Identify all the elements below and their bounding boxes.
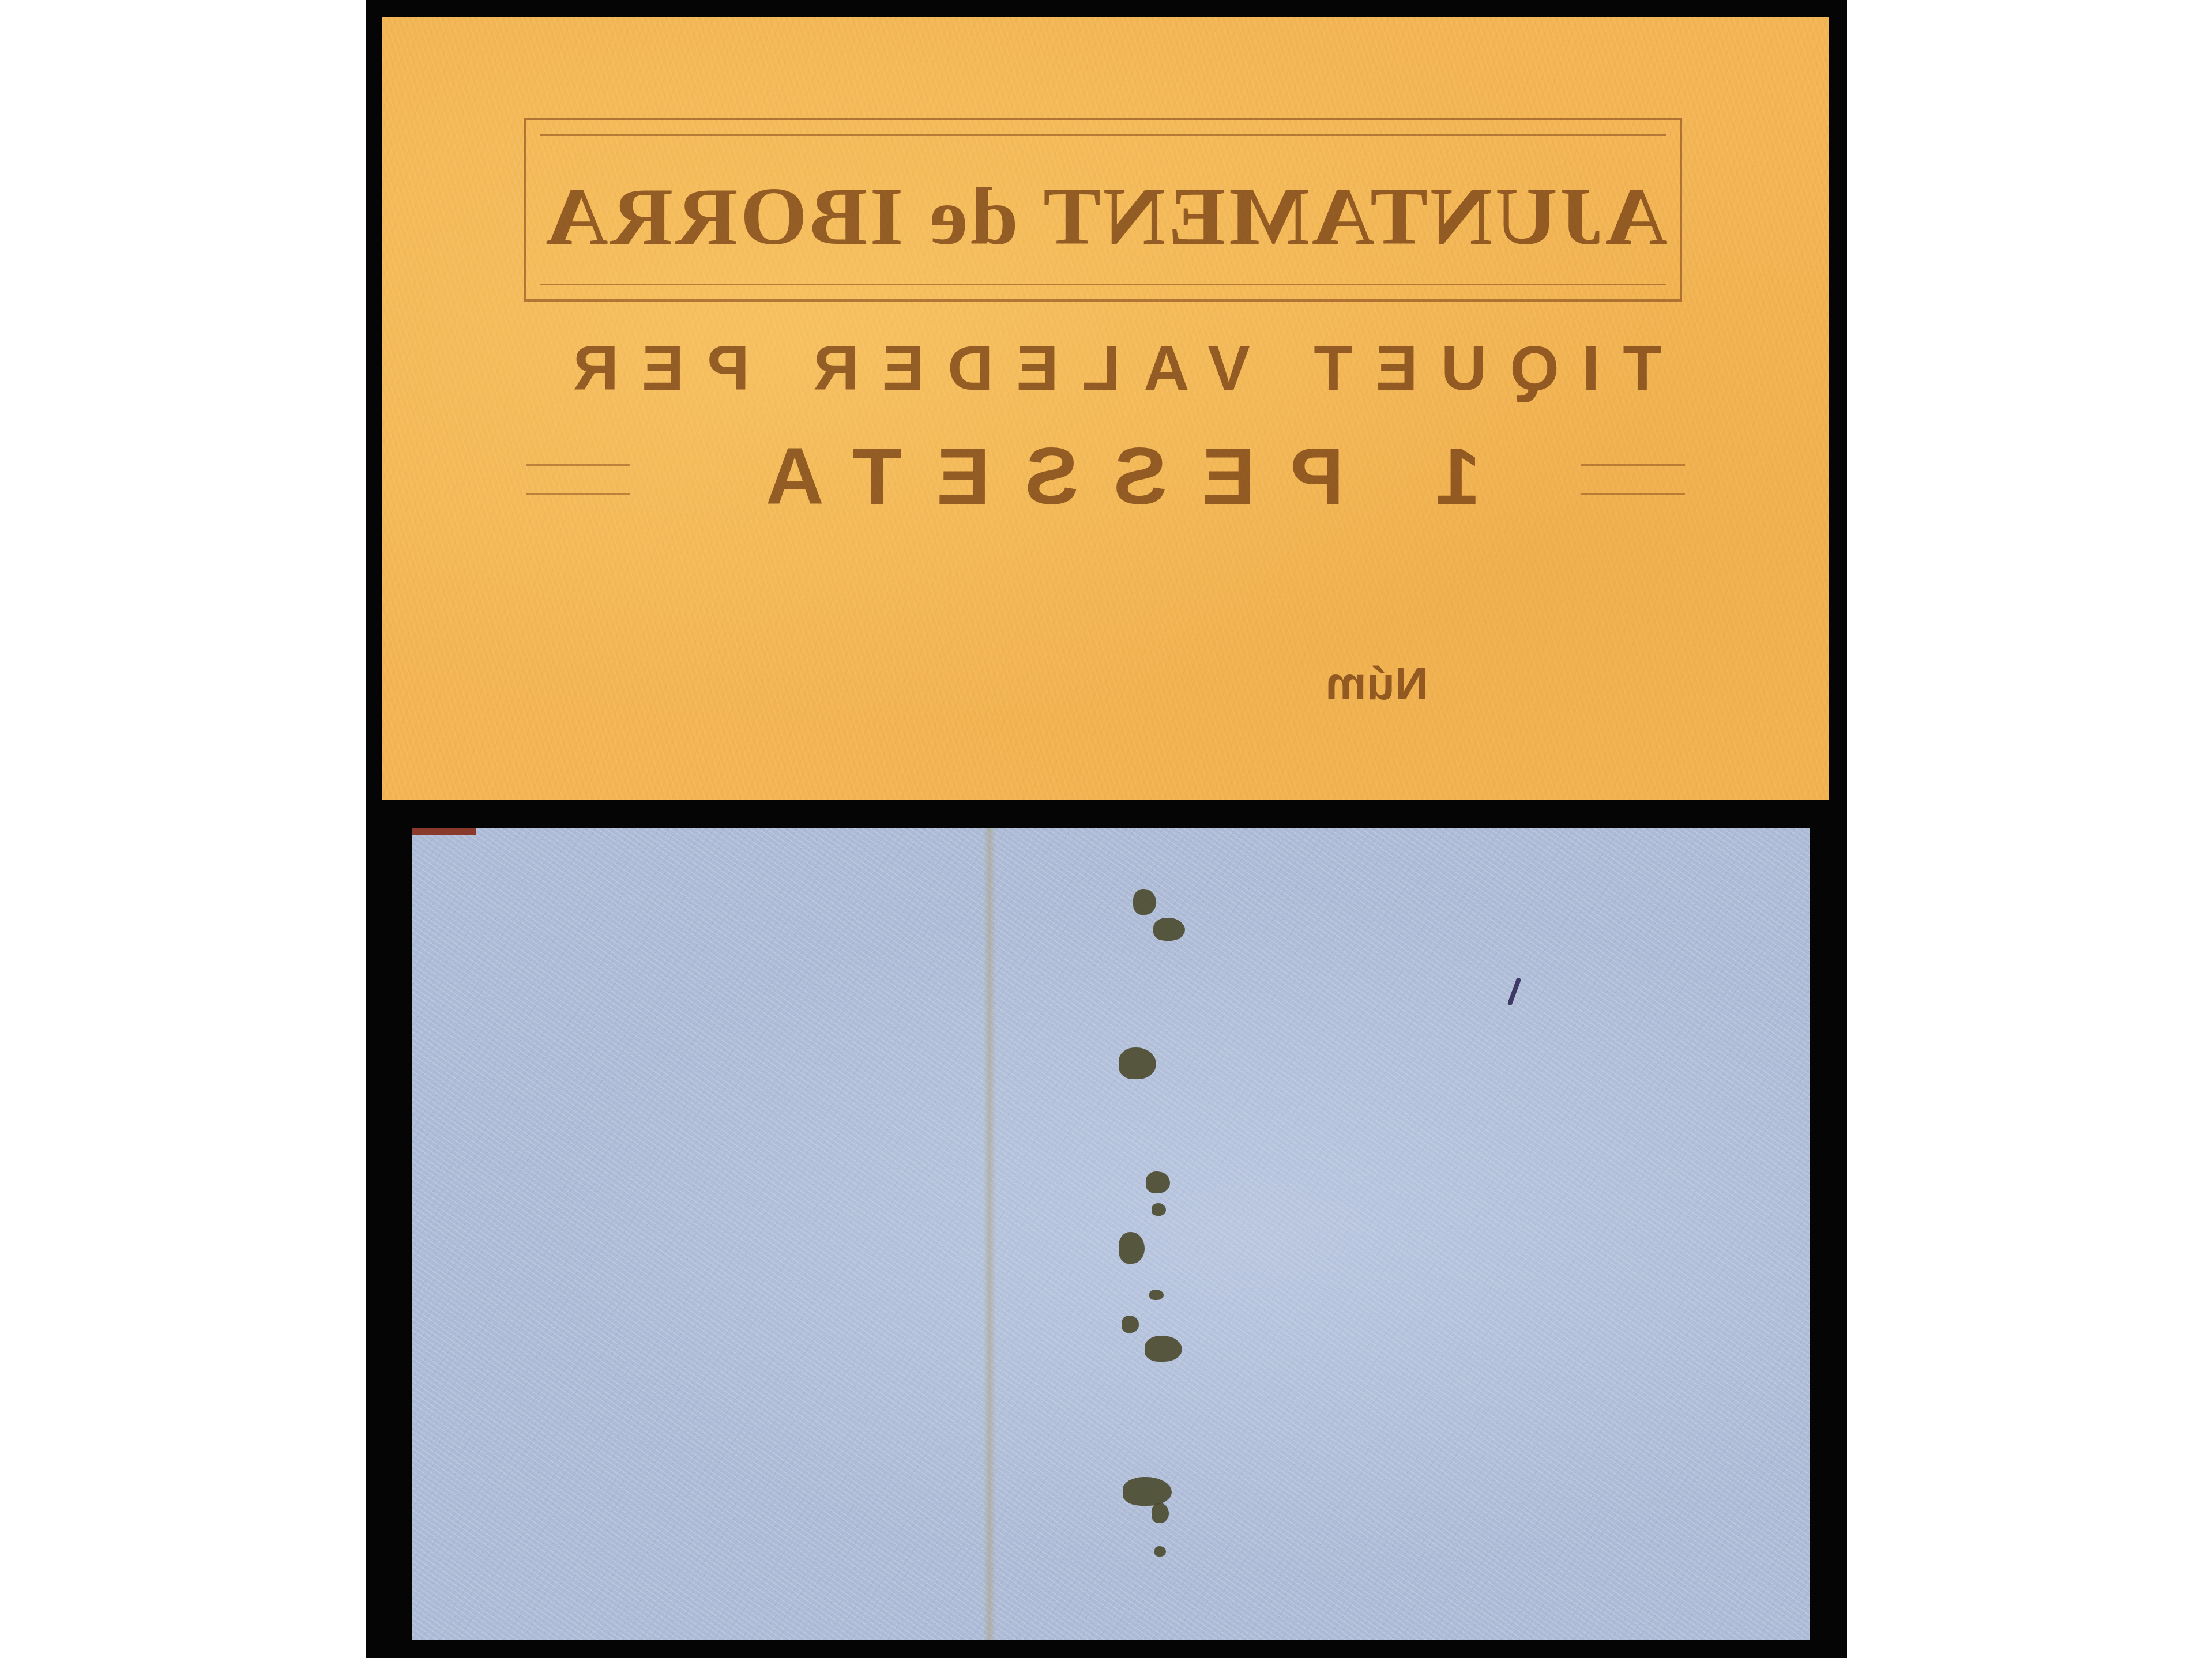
stain (1133, 889, 1156, 915)
yellow-ticket: AJUNTAMENT de IBORRA TIQUET VALEDER PER … (382, 17, 1829, 800)
stain (1146, 1171, 1170, 1193)
stain (1119, 1232, 1145, 1264)
stain (1145, 1336, 1182, 1362)
stain (1154, 1546, 1166, 1557)
red-edge-mark (412, 828, 476, 835)
valid-for-text: TIQUET VALEDER PER (382, 331, 1829, 405)
number-label: Núm (653, 657, 1829, 710)
value-text: 1 PESSETA (382, 429, 1829, 523)
stain (1119, 1047, 1156, 1079)
mirrored-print: AJUNTAMENT de IBORRA TIQUET VALEDER PER … (382, 17, 1829, 800)
stain (1152, 1203, 1166, 1216)
stain (1152, 1503, 1169, 1523)
fold-line (983, 828, 996, 1640)
stain (1149, 1290, 1164, 1300)
blue-ticket (412, 828, 1810, 1640)
stain (1122, 1316, 1139, 1333)
header-text: AJUNTAMENT de IBORRA (382, 169, 1829, 263)
stain (1153, 918, 1185, 941)
stain (1123, 1477, 1172, 1506)
